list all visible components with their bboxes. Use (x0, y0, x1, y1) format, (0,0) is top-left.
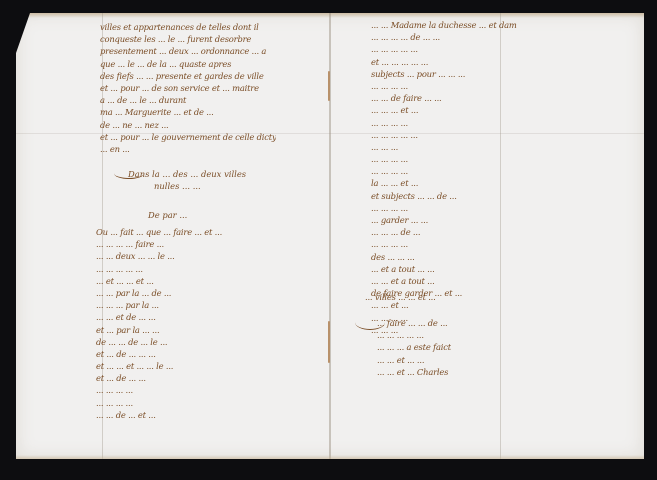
text-line: ... ... ... ... (96, 384, 222, 396)
right-paragraph-1: ... ... Madame la duchesse ... et dam ..… (371, 19, 517, 336)
text-line: ... ... ... ... (96, 397, 222, 409)
text-line: ... ... ... ... ... (371, 129, 517, 141)
text-line: ... ... deux ... ... le ... (96, 250, 222, 262)
text-line: ... ... ... par la ... (96, 299, 222, 311)
binding-thread (328, 321, 330, 363)
text-line: ... ... ... ... (371, 117, 517, 129)
text-line: ... en ... (100, 143, 276, 155)
text-line: et subjects ... ... de ... (371, 190, 517, 202)
text-line: ... ... de faire ... ... (371, 92, 517, 104)
text-line: la ... ... et ... (371, 177, 517, 189)
text-line: de ... ne ... nez ... (100, 119, 276, 131)
text-line: Ou ... fait ... que ... faire ... et ... (96, 226, 222, 238)
text-line: ... ... ... ... de ... ... (371, 31, 517, 43)
text-line: ... faire ... ... de ... (377, 317, 451, 329)
text-line: et ... de ... ... ... (96, 348, 222, 360)
text-line: ... et a tout ... ... (371, 263, 517, 275)
text-line: et ... ... ... ... ... (371, 56, 517, 68)
text-line: ... ... ... a este faict (377, 341, 451, 353)
text-line: de ... ... de ... le ... (96, 336, 222, 348)
manuscript-sheet: villes et appartenances de telles dont i… (16, 13, 644, 459)
right-paragraph-3: ... faire ... ... de ... ... ... ... ...… (377, 317, 451, 378)
text-line: ... ... ... ... (371, 238, 517, 250)
text-line: et ... pour ... de son service et ... ma… (100, 82, 276, 94)
flourish (114, 168, 144, 179)
text-line: ... et ... ... et ... (96, 275, 222, 287)
text-line: ... ... et de ... ... (96, 311, 222, 323)
binding-thread (328, 71, 330, 101)
left-paragraph-2: Ou ... fait ... que ... faire ... et ...… (96, 226, 222, 421)
text-line: que ... le ... de la ... quaste apres (100, 58, 276, 70)
text-line: ... ... ... ... (371, 202, 517, 214)
text-line: ... ... et ... ... (377, 354, 451, 366)
text-line: ... ... ... ... (371, 165, 517, 177)
text-line: a ... de ... le ... durant (100, 94, 276, 106)
text-line: ... ... ... ... (371, 80, 517, 92)
text-line: subjects ... pour ... ... ... (371, 68, 517, 80)
text-line: ... ... par la ... de ... (96, 287, 222, 299)
left-paragraph-1: villes et appartenances de telles dont i… (100, 21, 276, 155)
left-heading: De par ... (148, 209, 187, 221)
text-line: ... ... ... de ... (371, 226, 517, 238)
text-line: ... villes ... ... et ... (365, 291, 436, 303)
text-line: ... ... ... ... ... (371, 43, 517, 55)
text-line: conqueste les ... le ... furent desorbre (100, 33, 276, 45)
text-line: ... ... de ... et ... (96, 409, 222, 421)
text-line: presentement ... deux ... ordonnance ...… (100, 45, 276, 57)
section-heading: De par ... (148, 209, 187, 221)
flourish (355, 315, 385, 330)
text-line: ma ... Marguerite ... et de ... (100, 106, 276, 118)
text-line: ... ... Madame la duchesse ... et dam (371, 19, 517, 31)
text-line: des ... ... ... (371, 251, 517, 263)
text-line: ... ... ... et ... (371, 104, 517, 116)
left-note: Dans la ... des ... deux villes nulles .… (128, 168, 246, 192)
text-line: ... garder ... ... (371, 214, 517, 226)
text-line: et ... par la ... ... (96, 324, 222, 336)
text-line: des fiefs ... ... presente et gardes de … (100, 70, 276, 82)
text-line: Dans la ... des ... deux villes (128, 168, 246, 180)
text-line: et ... de ... ... (96, 372, 222, 384)
text-line: ... ... ... (371, 141, 517, 153)
text-line: et ... ... et ... ... le ... (96, 360, 222, 372)
torn-corner (16, 13, 30, 53)
text-line: et ... pour ... le gouvernement de celle… (100, 131, 276, 143)
text-line: ... ... ... ... ... (96, 263, 222, 275)
text-line: ... ... et ... Charles (377, 366, 451, 378)
right-paragraph-2: ... villes ... ... et ... (365, 291, 436, 303)
text-line: ... ... ... ... faire ... (96, 238, 222, 250)
text-line: villes et appartenances de telles dont i… (100, 21, 276, 33)
text-line: ... ... ... ... (371, 153, 517, 165)
text-line: ... ... ... ... ... (377, 329, 451, 341)
text-line: ... ... et a tout ... (371, 275, 517, 287)
text-line: nulles ... ... (128, 180, 246, 192)
